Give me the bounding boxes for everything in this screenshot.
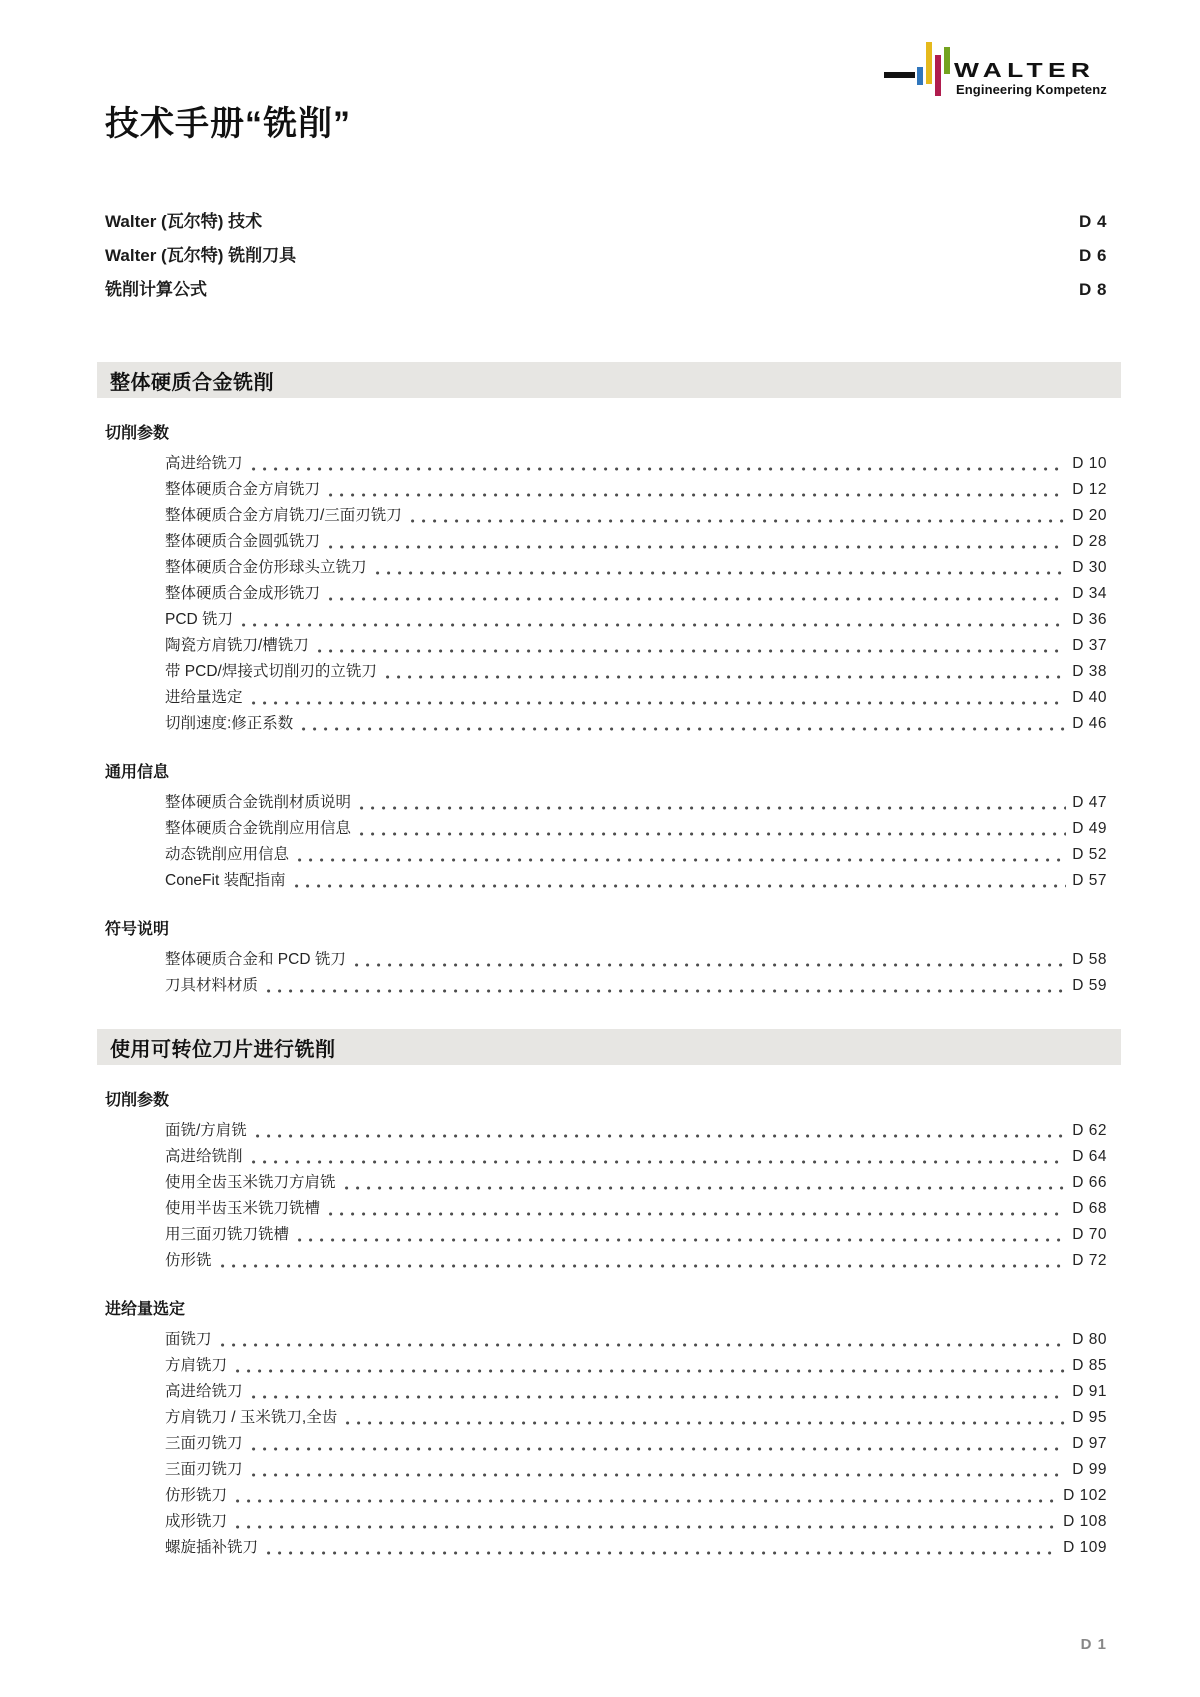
toc-entry-dot-leader — [252, 1159, 1067, 1165]
toc-entry-dot-leader — [252, 1446, 1067, 1452]
toc-entry[interactable]: 三面刃铣刀 D 99 — [105, 1457, 1107, 1483]
toc-entry-label: 陶瓷方肩铣刀/槽铣刀 — [165, 633, 309, 659]
toc-entry-page: D 47 — [1072, 790, 1107, 816]
toc-entry-label: 整体硬质合金圆弧铣刀 — [165, 529, 320, 555]
toc-entry-dot-leader — [360, 805, 1066, 811]
toc-entry[interactable]: 高进给铣削 D 64 — [105, 1144, 1107, 1170]
toc-entry-page: D 49 — [1072, 816, 1107, 842]
toc-entry[interactable]: 整体硬质合金方肩铣刀 D 12 — [105, 477, 1107, 503]
toc-entry[interactable]: 整体硬质合金铣削应用信息 D 49 — [105, 816, 1107, 842]
toc-entry[interactable]: 带 PCD/焊接式切削刃的立铣刀 D 38 — [105, 659, 1107, 685]
toc-entry[interactable]: PCD 铣刀 D 36 — [105, 607, 1107, 633]
toc-entry-label: 整体硬质合金和 PCD 铣刀 — [165, 947, 346, 973]
toc-entry-dot-leader — [252, 466, 1067, 472]
toc-entry-dot-leader — [267, 988, 1066, 994]
toc-entry-label: 方肩铣刀 / 玉米铣刀,全齿 — [165, 1405, 337, 1431]
toc-entry-page: D 46 — [1072, 711, 1107, 737]
toc-sections: 整体硬质合金铣削 切削参数 高进给铣刀 D 10 整体硬质合金方肩铣刀 D 12… — [105, 362, 1107, 1561]
toc-entry[interactable]: 整体硬质合金方肩铣刀/三面刃铣刀 D 20 — [105, 503, 1107, 529]
section-header-bar: 整体硬质合金铣削 — [97, 362, 1121, 398]
toc-entry-page: D 57 — [1072, 868, 1107, 894]
toc-entry-page: D 10 — [1072, 451, 1107, 477]
toc-entry-label: 高进给铣刀 — [165, 1379, 243, 1405]
toc-entry-page: D 72 — [1072, 1248, 1107, 1274]
toc-entry-page: D 68 — [1072, 1196, 1107, 1222]
toc-entry-dot-leader — [252, 1472, 1067, 1478]
toc-entry[interactable]: 面铣/方肩铣 D 62 — [105, 1118, 1107, 1144]
toc-entry[interactable]: 整体硬质合金仿形球头立铣刀 D 30 — [105, 555, 1107, 581]
toc-entry-label: 整体硬质合金仿形球头立铣刀 — [165, 555, 367, 581]
section-header-bar: 使用可转位刀片进行铣削 — [97, 1029, 1121, 1065]
toc-entry-dot-leader — [236, 1524, 1057, 1530]
toc-entry-label: 整体硬质合金铣削应用信息 — [165, 816, 351, 842]
toc-entry-label: 三面刃铣刀 — [165, 1431, 243, 1457]
toc-group: 通用信息 整体硬质合金铣削材质说明 D 47 整体硬质合金铣削应用信息 D 49… — [105, 760, 1107, 894]
toc-entry[interactable]: 使用全齿玉米铣刀方肩铣 D 66 — [105, 1170, 1107, 1196]
toc-section: 整体硬质合金铣削 切削参数 高进给铣刀 D 10 整体硬质合金方肩铣刀 D 12… — [105, 362, 1107, 999]
toc-entry-dot-leader — [411, 518, 1066, 524]
toc-entry[interactable]: 方肩铣刀 / 玉米铣刀,全齿 D 95 — [105, 1405, 1107, 1431]
toc-group: 进给量选定 面铣刀 D 80 方肩铣刀 D 85 高进给铣刀 D 91 方肩铣刀… — [105, 1297, 1107, 1561]
toc-entry-label: Walter (瓦尔特) 技术 — [105, 205, 262, 239]
toc-entry[interactable]: 整体硬质合金成形铣刀 D 34 — [105, 581, 1107, 607]
toc-entry-page: D 28 — [1072, 529, 1107, 555]
toc-entry-page: D 38 — [1072, 659, 1107, 685]
toc-entry-label: 面铣刀 — [165, 1327, 212, 1353]
toc-entry[interactable]: 仿形铣刀 D 102 — [105, 1483, 1107, 1509]
toc-content: 技术手册“铣削” Walter (瓦尔特) 技术 D 4 Walter (瓦尔特… — [105, 0, 1107, 1561]
entry-list: 高进给铣刀 D 10 整体硬质合金方肩铣刀 D 12 整体硬质合金方肩铣刀/三面… — [105, 451, 1107, 737]
toc-entry-page: D 62 — [1072, 1118, 1107, 1144]
toc-entry-page: D 40 — [1072, 685, 1107, 711]
toc-entry[interactable]: 切削速度:修正系数 D 46 — [105, 711, 1107, 737]
toc-entry[interactable]: 面铣刀 D 80 — [105, 1327, 1107, 1353]
toc-entry-label: PCD 铣刀 — [165, 607, 233, 633]
toc-entry-label: 方肩铣刀 — [165, 1353, 227, 1379]
toc-top-level-entry[interactable]: 铣削计算公式 D 8 — [105, 273, 1107, 307]
toc-entry[interactable]: 方肩铣刀 D 85 — [105, 1353, 1107, 1379]
toc-entry-dot-leader — [376, 570, 1067, 576]
toc-entry[interactable]: 使用半齿玉米铣刀铣槽 D 68 — [105, 1196, 1107, 1222]
toc-entry[interactable]: 整体硬质合金和 PCD 铣刀 D 58 — [105, 947, 1107, 973]
section-title: 整体硬质合金铣削 — [110, 366, 274, 395]
toc-entry-label: 刀具材料材质 — [165, 973, 258, 999]
toc-entry-page: D 85 — [1072, 1353, 1107, 1379]
toc-entry-page: D 64 — [1072, 1144, 1107, 1170]
toc-entry-page: D 91 — [1072, 1379, 1107, 1405]
toc-entry-page: D 8 — [1079, 273, 1107, 307]
toc-entry-dot-leader — [355, 962, 1066, 968]
toc-entry-page: D 102 — [1063, 1483, 1107, 1509]
toc-entry-dot-leader — [221, 1263, 1067, 1269]
toc-entry-label: 整体硬质合金铣削材质说明 — [165, 790, 351, 816]
toc-group: 切削参数 面铣/方肩铣 D 62 高进给铣削 D 64 使用全齿玉米铣刀方肩铣 … — [105, 1088, 1107, 1274]
toc-entry-label: 切削速度:修正系数 — [165, 711, 293, 737]
document-page: WALTER Engineering Kompetenz 技术手册“铣削” Wa… — [0, 0, 1200, 1697]
toc-entry[interactable]: 刀具材料材质 D 59 — [105, 973, 1107, 999]
toc-entry-dot-leader — [386, 674, 1066, 680]
toc-entry-label: Walter (瓦尔特) 铣削刀具 — [105, 239, 296, 273]
toc-entry-label: 螺旋插补铣刀 — [165, 1535, 258, 1561]
toc-entry-dot-leader — [360, 831, 1066, 837]
group-heading: 通用信息 — [105, 760, 1107, 786]
toc-entry-page: D 20 — [1072, 503, 1107, 529]
toc-entry-page: D 109 — [1063, 1535, 1107, 1561]
toc-entry[interactable]: 三面刃铣刀 D 97 — [105, 1431, 1107, 1457]
toc-entry-label: 进给量选定 — [165, 685, 243, 711]
toc-entry-page: D 95 — [1072, 1405, 1107, 1431]
footer-page-number: D 1 — [1081, 1636, 1107, 1653]
toc-entry[interactable]: 陶瓷方肩铣刀/槽铣刀 D 37 — [105, 633, 1107, 659]
toc-entry-label: 成形铣刀 — [165, 1509, 227, 1535]
toc-entry-label: 整体硬质合金方肩铣刀/三面刃铣刀 — [165, 503, 402, 529]
group-heading: 进给量选定 — [105, 1297, 1107, 1323]
entry-list: 面铣/方肩铣 D 62 高进给铣削 D 64 使用全齿玉米铣刀方肩铣 D 66 … — [105, 1118, 1107, 1274]
toc-entry-dot-leader — [256, 1133, 1066, 1139]
toc-entry-page: D 30 — [1072, 555, 1107, 581]
toc-entry-dot-leader — [252, 1394, 1067, 1400]
group-heading: 符号说明 — [105, 917, 1107, 943]
entry-list: 面铣刀 D 80 方肩铣刀 D 85 高进给铣刀 D 91 方肩铣刀 / 玉米铣… — [105, 1327, 1107, 1561]
toc-entry-label: 使用全齿玉米铣刀方肩铣 — [165, 1170, 336, 1196]
toc-entry-label: 仿形铣刀 — [165, 1483, 227, 1509]
toc-entry-dot-leader — [329, 596, 1066, 602]
toc-entry-label: 三面刃铣刀 — [165, 1457, 243, 1483]
toc-entry-dot-leader — [329, 1211, 1066, 1217]
toc-entry-page: D 80 — [1072, 1327, 1107, 1353]
toc-entry-label: 带 PCD/焊接式切削刃的立铣刀 — [165, 659, 377, 685]
toc-entry[interactable]: 成形铣刀 D 108 — [105, 1509, 1107, 1535]
toc-entry-page: D 58 — [1072, 947, 1107, 973]
toc-entry-label: 仿形铣 — [165, 1248, 212, 1274]
entry-list: 整体硬质合金和 PCD 铣刀 D 58 刀具材料材质 D 59 — [105, 947, 1107, 999]
toc-entry-label: 高进给铣刀 — [165, 451, 243, 477]
toc-entry-page: D 99 — [1072, 1457, 1107, 1483]
toc-entry-page: D 37 — [1072, 633, 1107, 659]
toc-entry-dot-leader — [236, 1368, 1066, 1374]
toc-entry-page: D 36 — [1072, 607, 1107, 633]
page-title: 技术手册“铣削” — [105, 96, 1107, 145]
toc-top-level-entry[interactable]: Walter (瓦尔特) 技术 D 4 — [105, 205, 1107, 239]
toc-entry-dot-leader — [295, 883, 1067, 889]
toc-group: 切削参数 高进给铣刀 D 10 整体硬质合金方肩铣刀 D 12 整体硬质合金方肩… — [105, 421, 1107, 737]
toc-entry-label: 用三面刃铣刀铣槽 — [165, 1222, 289, 1248]
toc-entry-page: D 4 — [1079, 205, 1107, 239]
toc-entry-page: D 6 — [1079, 239, 1107, 273]
toc-entry[interactable]: 整体硬质合金圆弧铣刀 D 28 — [105, 529, 1107, 555]
toc-entry-page: D 66 — [1072, 1170, 1107, 1196]
toc-entry-label: ConeFit 装配指南 — [165, 868, 286, 894]
toc-entry-dot-leader — [318, 648, 1066, 654]
group-heading: 切削参数 — [105, 1088, 1107, 1114]
toc-entry[interactable]: 仿形铣 D 72 — [105, 1248, 1107, 1274]
intro-list: Walter (瓦尔特) 技术 D 4 Walter (瓦尔特) 铣削刀具 D … — [105, 205, 1107, 307]
toc-entry[interactable]: 动态铣削应用信息 D 52 — [105, 842, 1107, 868]
toc-entry-label: 高进给铣削 — [165, 1144, 243, 1170]
group-heading: 切削参数 — [105, 421, 1107, 447]
entry-list: 整体硬质合金铣削材质说明 D 47 整体硬质合金铣削应用信息 D 49 动态铣削… — [105, 790, 1107, 894]
toc-entry-label: 整体硬质合金成形铣刀 — [165, 581, 320, 607]
toc-entry[interactable]: ConeFit 装配指南 D 57 — [105, 868, 1107, 894]
toc-entry-page: D 34 — [1072, 581, 1107, 607]
toc-entry-page: D 70 — [1072, 1222, 1107, 1248]
toc-entry-dot-leader — [242, 622, 1066, 628]
toc-entry-dot-leader — [298, 1237, 1066, 1243]
toc-entry-dot-leader — [236, 1498, 1057, 1504]
toc-entry-dot-leader — [345, 1185, 1067, 1191]
toc-entry-label: 动态铣削应用信息 — [165, 842, 289, 868]
toc-entry-dot-leader — [302, 726, 1066, 732]
toc-entry-page: D 59 — [1072, 973, 1107, 999]
toc-entry-page: D 97 — [1072, 1431, 1107, 1457]
toc-entry[interactable]: 高进给铣刀 D 10 — [105, 451, 1107, 477]
toc-entry[interactable]: 进给量选定 D 40 — [105, 685, 1107, 711]
toc-entry-page: D 52 — [1072, 842, 1107, 868]
toc-entry-label: 铣削计算公式 — [105, 273, 207, 307]
toc-group: 符号说明 整体硬质合金和 PCD 铣刀 D 58 刀具材料材质 D 59 — [105, 917, 1107, 999]
toc-entry[interactable]: 高进给铣刀 D 91 — [105, 1379, 1107, 1405]
toc-entry[interactable]: 整体硬质合金铣削材质说明 D 47 — [105, 790, 1107, 816]
section-body: 切削参数 高进给铣刀 D 10 整体硬质合金方肩铣刀 D 12 整体硬质合金方肩… — [105, 421, 1107, 999]
toc-entry-dot-leader — [346, 1420, 1066, 1426]
toc-entry-dot-leader — [329, 492, 1066, 498]
toc-entry-dot-leader — [221, 1342, 1067, 1348]
toc-entry-page: D 108 — [1063, 1509, 1107, 1535]
toc-entry-dot-leader — [298, 857, 1066, 863]
toc-entry-dot-leader — [329, 544, 1066, 550]
section-body: 切削参数 面铣/方肩铣 D 62 高进给铣削 D 64 使用全齿玉米铣刀方肩铣 … — [105, 1088, 1107, 1561]
toc-top-level-entry[interactable]: Walter (瓦尔特) 铣削刀具 D 6 — [105, 239, 1107, 273]
toc-entry-label: 整体硬质合金方肩铣刀 — [165, 477, 320, 503]
section-title: 使用可转位刀片进行铣削 — [110, 1033, 336, 1062]
toc-entry-dot-leader — [267, 1550, 1057, 1556]
toc-entry[interactable]: 螺旋插补铣刀 D 109 — [105, 1535, 1107, 1561]
toc-section: 使用可转位刀片进行铣削 切削参数 面铣/方肩铣 D 62 高进给铣削 D 64 … — [105, 1029, 1107, 1561]
toc-entry-label: 面铣/方肩铣 — [165, 1118, 247, 1144]
toc-entry-dot-leader — [252, 700, 1067, 706]
toc-entry[interactable]: 用三面刃铣刀铣槽 D 70 — [105, 1222, 1107, 1248]
toc-entry-page: D 12 — [1072, 477, 1107, 503]
toc-entry-label: 使用半齿玉米铣刀铣槽 — [165, 1196, 320, 1222]
